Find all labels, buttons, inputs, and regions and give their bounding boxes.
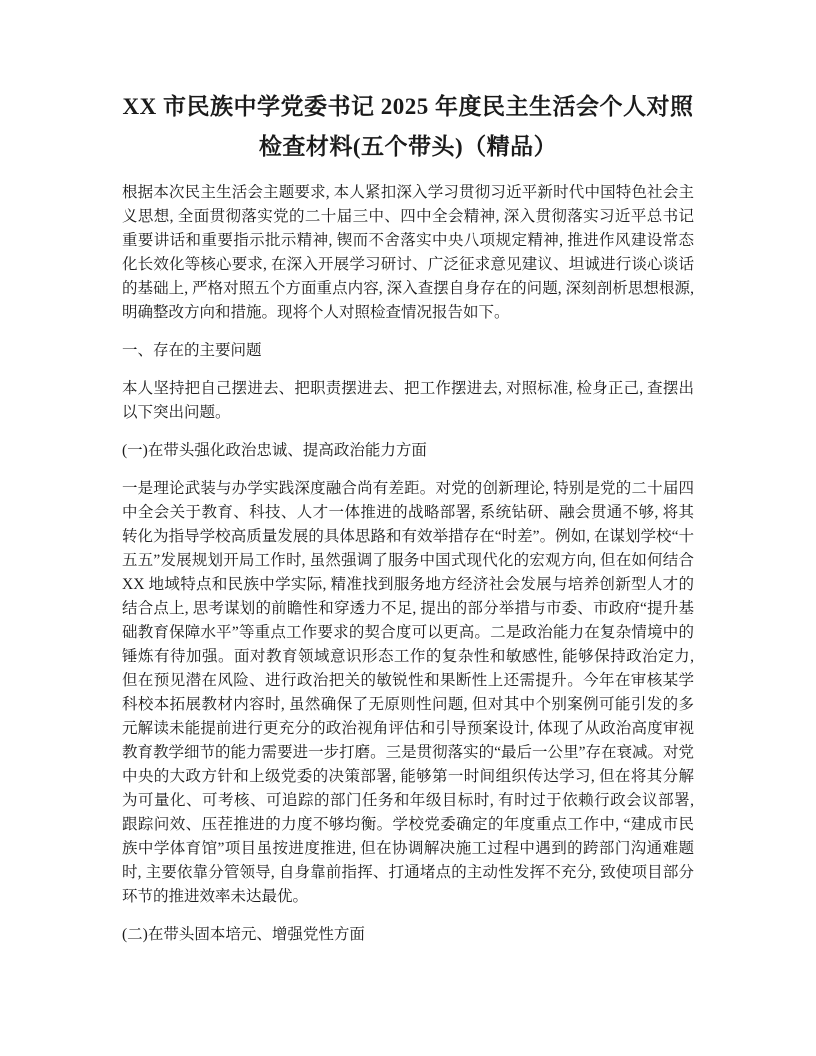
paragraph: 一是理论武装与办学实践深度融合尚有差距。对党的创新理论, 特别是党的二十届四中全…: [122, 477, 694, 909]
paragraph: 本人坚持把自己摆进去、把职责摆进去、把工作摆进去, 对照标准, 检身正己, 查摆…: [122, 377, 694, 425]
section-heading: (二)在带头固本培元、增强党性方面: [122, 923, 694, 947]
section-heading: (一)在带头强化政治忠诚、提高政治能力方面: [122, 439, 694, 463]
section-heading: 一、存在的主要问题: [122, 339, 694, 363]
paragraph: 根据本次民主生活会主题要求, 本人紧扣深入学习贯彻习近平新时代中国特色社会主义思…: [122, 181, 694, 325]
document-title: XX 市民族中学党委书记 2025 年度民主生活会个人对照检查材料(五个带头)（…: [122, 87, 694, 167]
document-body: 根据本次民主生活会主题要求, 本人紧扣深入学习贯彻习近平新时代中国特色社会主义思…: [122, 181, 694, 947]
document-page: XX 市民族中学党委书记 2025 年度民主生活会个人对照检查材料(五个带头)（…: [0, 0, 816, 1056]
